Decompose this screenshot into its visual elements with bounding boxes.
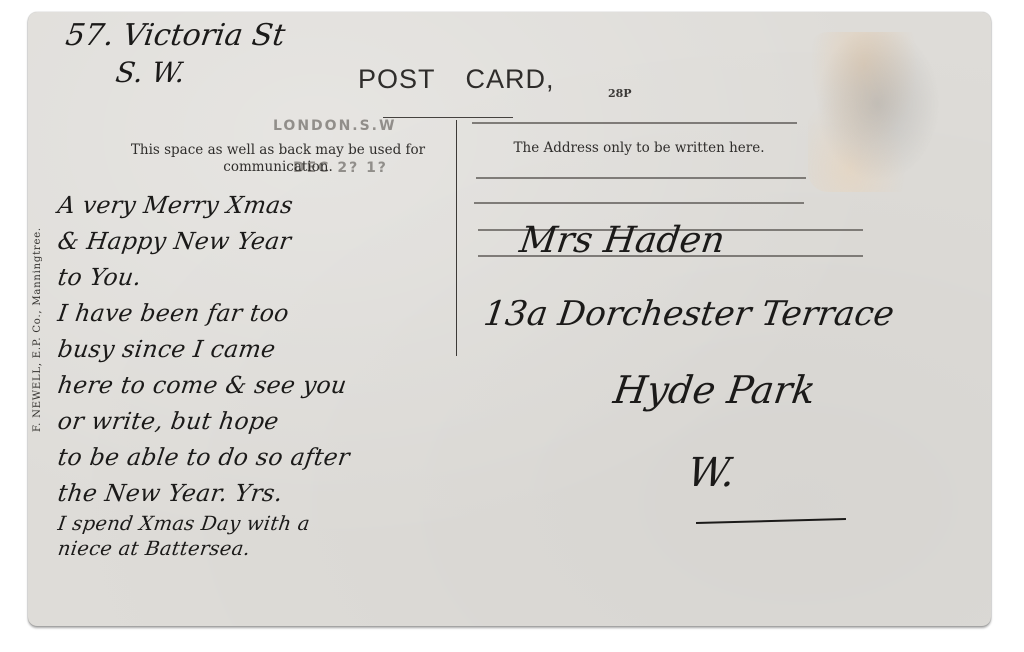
postscript-line: niece at Battersea. [56, 536, 351, 561]
recipient-street: 13a Dorchester Terrace [481, 294, 896, 334]
sender-address-line1: 57. Victoria St [64, 18, 288, 53]
address-rule [474, 202, 804, 204]
address-rule [476, 177, 806, 179]
recipient-district: Hyde Park [611, 368, 818, 412]
message-line: I have been far too [55, 295, 352, 331]
post-card-title: POST CARD, [358, 64, 555, 95]
message-line: or write, but hope [55, 403, 352, 439]
postmark-city: LONDON.S.W [273, 118, 396, 134]
message-line: busy since I came [55, 331, 352, 367]
publisher-imprint: F. NEWELL, E.P. Co., Manningtree. [32, 227, 43, 432]
message-line: A very Merry Xmas [55, 187, 352, 223]
recipient-postal-district: W. [685, 450, 738, 496]
postal-underline [696, 518, 846, 524]
header-rule [383, 117, 513, 118]
message-line: & Happy New Year [55, 223, 352, 259]
address-note: The Address only to be written here. [474, 140, 804, 157]
print-code: 28P [608, 87, 632, 100]
sender-address-line2: S. W. [114, 56, 187, 89]
stamp-remnant [808, 32, 948, 192]
message-body: A very Merry Xmas & Happy New Year to Yo… [58, 187, 350, 561]
postscript-line: I spend Xmas Day with a [56, 511, 351, 536]
message-line: the New Year. Yrs. [55, 475, 352, 511]
message-line: here to come & see you [55, 367, 352, 403]
center-divider [456, 120, 457, 356]
message-line: to You. [55, 259, 352, 295]
recipient-name: Mrs Haden [517, 220, 727, 261]
message-line: to be able to do so after [55, 439, 352, 475]
postcard-back: 57. Victoria St S. W. POST CARD, 28P LON… [28, 12, 991, 626]
address-rule [472, 122, 797, 124]
communication-note: This space as well as back may be used f… [118, 142, 438, 176]
